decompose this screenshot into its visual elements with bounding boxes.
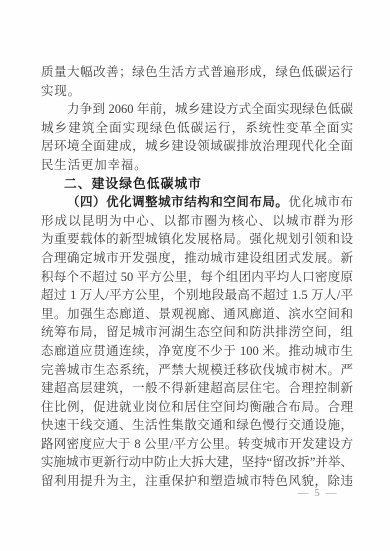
paragraph-line: 超过 1 万人/平方公里，个别地段最高不超过 1.5 万人/平方公 bbox=[41, 286, 353, 305]
paragraph-line: 形成以昆明为中心、以都市圈为核心、以城市群为形态、以县城 bbox=[41, 212, 353, 231]
document-page: 质量大幅改善；绿色生活方式普遍形成，绿色低碳运行初步 实现。 力争到 2060 … bbox=[0, 0, 390, 551]
paragraph-line: （四）优化调整城市结构和空间布局。优化城市布局，推动 bbox=[41, 193, 353, 212]
paragraph-line: 完善城市生态系统，严禁大规模迁移砍伐城市树木。严格控制新 bbox=[41, 361, 353, 380]
paragraph-line: 态廊道应贯通连续，净宽度不少于 100 米。推动城市生态修复， bbox=[41, 342, 353, 361]
paragraph-line: 积每个不超过 50 平方公里，每个组团内平均人口密度原则上不 bbox=[41, 268, 353, 287]
paragraph-line: 统筹布局，留足城市河湖生态空间和防洪排涝空间，组团间的生 bbox=[41, 323, 353, 342]
paragraph-line: 快速干线交通、生活性集散交通和绿色慢行交通设施，主城区道 bbox=[41, 416, 353, 435]
paragraph-line: 为重要载体的新型城镇化发展格局。强化规划引领和设计引导， bbox=[41, 230, 353, 249]
paragraph-line: 住比例，促进就业岗位和居住空间均衡融合布局。合理布局城市 bbox=[41, 398, 353, 417]
paragraph-line: 建超高层建筑，一般不得新建超高层住宅。合理控制新城新区职 bbox=[41, 379, 353, 398]
document-body: 质量大幅改善；绿色生活方式普遍形成，绿色低碳运行初步 实现。 力争到 2060 … bbox=[41, 63, 353, 491]
paragraph-line: 里。加强生态廊道、景观视廊、通风廊道、滨水空间和城市绿道 bbox=[41, 305, 353, 324]
page-number: — 5 — bbox=[298, 487, 339, 499]
paragraph-line: 实现。 bbox=[41, 82, 353, 101]
section-heading: 二、建设绿色低碳城市 bbox=[41, 175, 353, 194]
paragraph-line: 实施城市更新行动中防止大拆大建，坚持“留改拆”并举、以保 bbox=[41, 453, 353, 472]
paragraph-line: 城乡建筑全面实现绿色低碳运行，系统性变革全面实现，美好人 bbox=[41, 119, 353, 138]
paragraph-line: 居环境全面建成，城乡建设领域碳排放治理现代化全面实现，人 bbox=[41, 137, 353, 156]
paragraph-line: 质量大幅改善；绿色生活方式普遍形成，绿色低碳运行初步 bbox=[41, 63, 353, 82]
paragraph-line: 路网密度应大于 8 公里/平方公里。转变城市开发建设方式，在 bbox=[41, 435, 353, 454]
paragraph-line: 力争到 2060 年前，城乡建设方式全面实现绿色低碳转型， bbox=[41, 100, 353, 119]
clause-heading: （四）优化调整城市结构和空间布局。 bbox=[67, 195, 288, 209]
paragraph-line: 合理确定城市开发强度，推动城市建设组团式发展。新建组团面 bbox=[41, 249, 353, 268]
paragraph-line: 民生活更加幸福。 bbox=[41, 156, 353, 175]
